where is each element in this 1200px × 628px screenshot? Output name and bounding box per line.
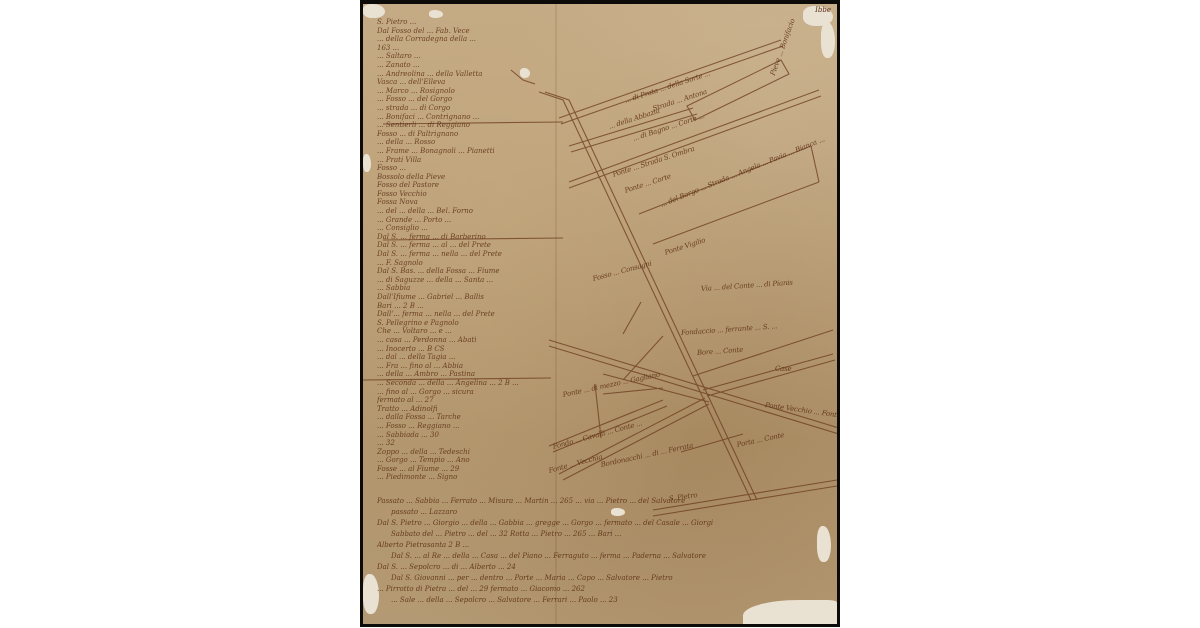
annotation-line: ... Zanato ... [377, 61, 567, 70]
bottom-annotations: Passato ... Sabbia ... Ferrato ... Misur… [377, 496, 827, 606]
annotation-line: ... Consiglio ... [377, 224, 567, 233]
annotation-line: Fosse ... al Fiume ... 29 [377, 465, 567, 474]
annotation-line: ... Bonifaci ... Contrignano ... [377, 113, 567, 122]
annotation-line: S. Pellegrino e Pagnolo [377, 319, 567, 328]
annotation-line: Dall'... ferma ... nella ... del Prete [377, 310, 567, 319]
annotation-line: Bossolo della Pieve [377, 173, 567, 182]
annotation-line: ... F. Sagnolo [377, 259, 567, 268]
annotation-line: ... Fosso ... del Gorgo [377, 95, 567, 104]
annotation-line: Dall'Ifiume ... Gabriel ... Ballis [377, 293, 567, 302]
annotation-line: Fosso ... [377, 164, 567, 173]
annotation-line: 163 ... [377, 44, 567, 53]
annotation-line: Dal S. ... al Re ... della ... Casa ... … [377, 551, 827, 562]
annotation-line: ... Fosso ... Reggiano ... [377, 422, 567, 431]
map-label: Case [775, 366, 791, 373]
annotation-line: Alberto Pietrasanta 2 B ... [377, 540, 827, 551]
annotation-line: Che ... Voltaro ... e ... [377, 327, 567, 336]
annotation-line: ... della ... Rosso [377, 138, 567, 147]
annotation-line: Dal S. ... ferma ... al ... del Prete [377, 241, 567, 250]
annotation-line: ... Piedimonte ... Signo [377, 473, 567, 482]
annotation-line: ... di Saguzze ... della ... Santa ... [377, 276, 567, 285]
annotation-line: ... Saltaro ... [377, 52, 567, 61]
annotation-line: ... casa ... Perdonna ... Abati [377, 336, 567, 345]
annotation-line: ... Frame ... Bonagnoli ... Pianetti [377, 147, 567, 156]
annotation-line: Fosso Vecchio [377, 190, 567, 199]
annotation-line: ... dalla Fossa ... Tarche [377, 413, 567, 422]
annotation-line: ... Marco ... Rosignolo [377, 87, 567, 96]
annotation-line: Dal S. Giovanni ... per ... dentro ... P… [377, 573, 827, 584]
annotation-line: Dal S. ... ferma ... di Barberino [377, 233, 567, 242]
annotation-line: Fosso ... di Paltrignano [377, 130, 567, 139]
annotation-line: Dal S. ... ferma ... nella ... del Prete [377, 250, 567, 259]
annotation-line: Dal Fosso del ... Fab. Vece [377, 27, 567, 36]
annotation-line: ... Andreolina ... della Valletta [377, 70, 567, 79]
annotation-line: ... Sale ... della ... Sepolcro ... Salv… [377, 595, 827, 606]
annotation-line: Vasca ... dell'Elleva [377, 78, 567, 87]
annotation-line: Dal S. ... Sepolcro ... di ... Alberto .… [377, 562, 827, 573]
manuscript-frame: Ibbe [360, 0, 840, 627]
manuscript-sheet: Ibbe [363, 4, 837, 624]
annotation-line: ... Pirrotto di Pietra ... del ... 29 fe… [377, 584, 827, 595]
annotation-line: ... dal ... della Tagia ... [377, 353, 567, 362]
annotation-line: Bari ... 2 B ... [377, 302, 567, 311]
annotation-line: ... Sentierli ... di Reggiano [377, 121, 567, 130]
annotation-line: Fosso del Pastore [377, 181, 567, 190]
annotation-line: Dal S. Bas. ... della Fossa ... Fiume [377, 267, 567, 276]
annotation-line: ... Prati Villa [377, 156, 567, 165]
annotation-line: ... Grande ... Porto ... [377, 216, 567, 225]
annotation-line: fermato al ... 27 [377, 396, 567, 405]
annotation-line: ... Inocerto ... B CS [377, 345, 567, 354]
annotation-line: ... Sabbia [377, 284, 567, 293]
annotation-line: Dal S. Pietro ... Giorgio ... della ... … [377, 518, 827, 529]
annotation-line: ... della Corradegna della ... [377, 35, 567, 44]
annotation-line: Zoppo ... della ... Tedeschi [377, 448, 567, 457]
annotation-line: ... Fra ... fino al ... Abbia [377, 362, 567, 371]
annotation-line: ... del ... della ... Bel. Forno [377, 207, 567, 216]
annotation-line: ... Seconda ... della ... Angelina ... 2… [377, 379, 567, 388]
annotation-line: ... Sabbiada ... 30 [377, 431, 567, 440]
left-column-annotations: S. Pietro ...Dal Fosso del ... Fab. Vece… [377, 18, 567, 482]
annotation-line: passato ... Lazzaro [377, 507, 827, 518]
annotation-line: S. Pietro ... [377, 18, 567, 27]
annotation-line: ... Gorgo ... Tempio ... Ano [377, 456, 567, 465]
annotation-line: Sabbato del ... Pietro ... del ... 32 Ro… [377, 529, 827, 540]
annotation-line: Fossa Nova [377, 198, 567, 207]
annotation-line: Passato ... Sabbia ... Ferrato ... Misur… [377, 496, 827, 507]
annotation-line: ... 32 [377, 439, 567, 448]
annotation-line: ... fino al ... Gorgo ... sicura [377, 388, 567, 397]
annotation-line: Tratto ... Adinolfi [377, 405, 567, 414]
annotation-line: ... strada ... di Corgo [377, 104, 567, 113]
annotation-line: ... della ... Ambro ... Pastina [377, 370, 567, 379]
